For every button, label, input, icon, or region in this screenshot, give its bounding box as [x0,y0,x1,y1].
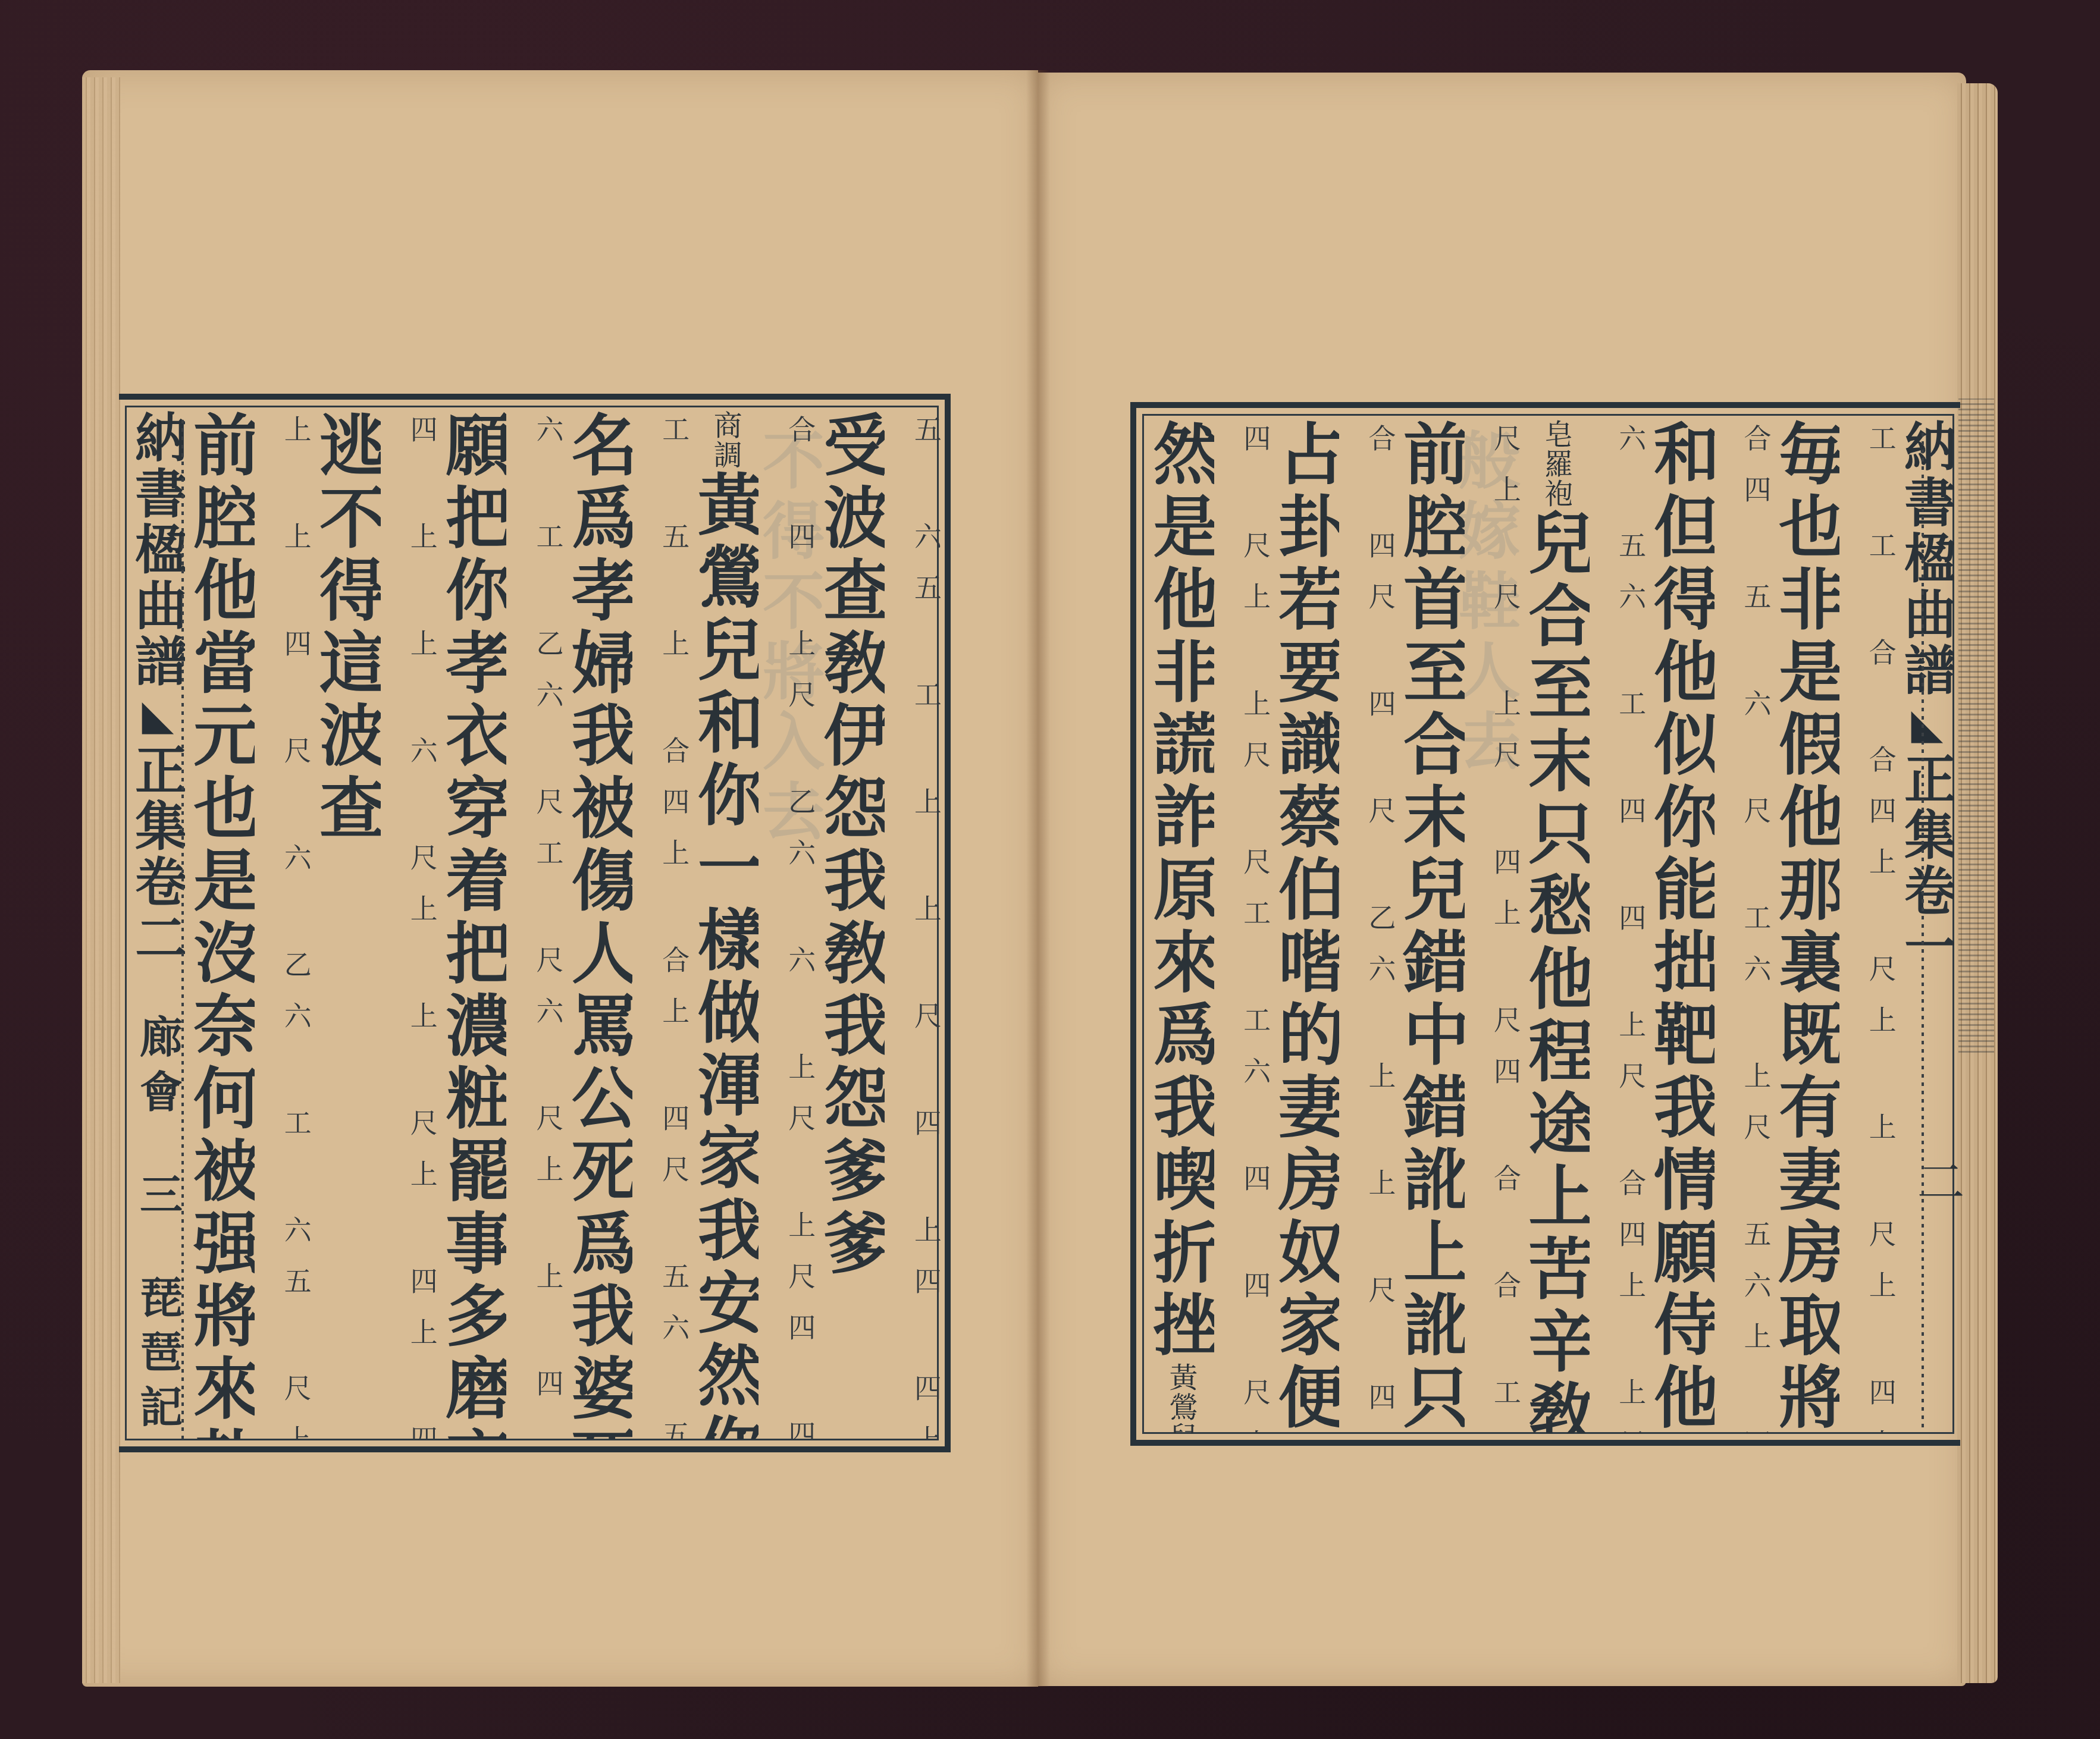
notation-column: 六 工 乙六 尺工 尺六 尺上 上 四 上尺四 上尺 五 尺上 上 尺上 四 [506,410,563,1439]
lyric-text: 黃鶯兒和你一樣做渾家我安然你受禍你 [689,470,758,1439]
book-title: 納書楹曲譜 [126,410,185,690]
lyric-column: 商調黃鶯兒和你一樣做渾家我安然你受禍你 [689,410,758,1439]
lyric-column: 逃不得這波查 [311,410,381,1439]
lyric-column: 皂羅袍兒合至末只愁他程途上苦辛敎人望巴巴 [1521,419,1590,1433]
left-text-block: 五 六五 工 上 上 尺 四 上四 四上 六 尺上 受波查敎伊怨我敎我怨爹爹 合… [126,410,941,1439]
lyric-column: 前腔首至合末兒錯中錯訛上訛只管在鬼門前空 [1396,419,1465,1433]
fish-tail-mark-icon: ◣ [126,690,185,743]
column-rule [181,416,184,1439]
volume-label: 正集卷二 [126,743,185,966]
lyric-text: 然是他非謊詐原來爲我喫折挫 [1145,419,1214,1363]
lyric-column: 願把你孝衣穿着把濃粧罷事多磨兖家到此 [437,410,507,1439]
tune-label: 黃鶯兒 合至末 [1166,1363,1196,1433]
volume-label: 正集卷一 [1900,752,1954,975]
lyric-column: 占卦若要識蔡伯喈的妻房奴家便是無差果 [1270,419,1339,1433]
notation-column: 四 上 上 六 尺上 上 尺上 四上 四尺 五 四 工 [381,410,437,1439]
scene-title: 廊會 [126,1015,185,1124]
page-number: 二 [1902,1157,1971,1204]
notation-column: 四 尺上 上尺 尺工 工六 四 四 尺上 四上 尺上 上 尺上 六 工 [1214,419,1270,1433]
notation-column: 合四 五 六 尺 工六 上尺 五六上 四上六 六 合 四 上 上尺 五六 上 上… [1715,419,1770,1433]
book-gutter [1026,70,1050,1687]
left-page-banner: 納書楹曲譜 ◣ 正集卷二 廊會 三 琵琶記 [126,410,185,1439]
right-edge-ink-bleed [1958,398,1994,1053]
notation-column: 上 上 四 尺 六 乙六 工 六五 尺上 上 四上 [255,410,311,1439]
book-title: 納書楹曲譜 [1900,419,1954,699]
notation-column: 五 六五 工 上 上 尺 四 上四 四上 六 尺上 [885,410,941,1439]
lyric-column: 和但得他似你能拙靶我情願侍他居他下黃鶯 [1645,419,1715,1433]
notation-column: 合 四 上尺 乙六 六 上尺 上尺四 四上 尺上 [758,410,815,1439]
column-rule [1922,428,1924,1427]
fish-tail-mark-icon: ◣ [1900,699,1954,752]
notation-column: 六 五六 工 四 四 上尺 合四上 上尺 四上 工 尺工 上 [1590,419,1645,1433]
notation-column: 合 四尺 四 尺 乙六 上 上 尺 四 合四 工 合 上 尺上 尺上 四 上 [1339,419,1395,1433]
lyric-column: 名爲孝婦我被傷人罵公死爲我婆死爲我情 [563,410,632,1439]
left-page-edge-stack [82,77,120,1683]
lyric-column: 然是他非謊詐原來爲我喫折挫黃鶯兒 合至末爲我 [1145,419,1214,1433]
lyric-text: 兒合至末只愁他程途上苦辛敎人望巴巴 [1521,508,1590,1433]
mode-label: 商調 [710,410,740,470]
lyric-column: 毎也非是假他那裏既有妻房取將來怕不相 [1770,419,1839,1433]
lyric-column: 受波查敎伊怨我敎我怨爹爹 [815,410,885,1439]
right-page-banner: 納書楹曲譜 ◣ 正集卷一 [1896,419,1954,1433]
notation-column: 工 工 合 合四上 尺上 上 尺上 四上 六 五六 四五 合四 五 四 合四上 … [1839,419,1895,1433]
lyric-column: 前腔他當元也是沒奈何被强將來赴選科辭 [185,410,255,1439]
page-number: 三 [126,1172,185,1227]
play-title: 琵琶記 [126,1275,185,1439]
tune-label: 皂羅袍 [1541,419,1571,508]
notation-column: 尺上 尺 上尺 四上 尺四 合 合 工 四 合 工 工 合四 [1465,419,1521,1433]
notation-column: 工 五 上 合四上 合上 四尺 五六 五 合四上 上 四上 尺四 合四 四上 尺… [632,410,689,1439]
right-text-block: 納書楹曲譜 ◣ 正集卷一 工 工 合 合四上 尺上 上 尺上 四上 六 五六 四… [1145,419,1954,1433]
